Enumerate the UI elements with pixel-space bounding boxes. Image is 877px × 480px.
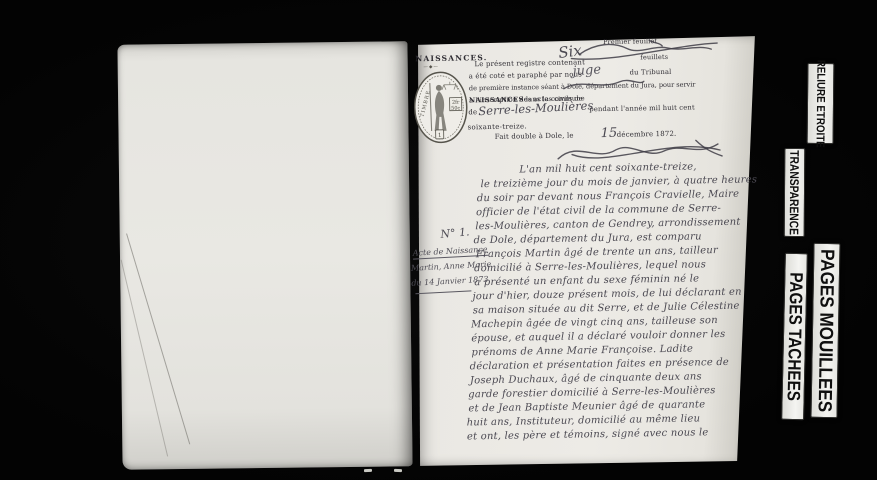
act-line: déclaration et présentation faites en pr… [470, 357, 729, 373]
page-content: NAISSANCES. —◆— 2fr 50c 1 TIMBRE [409, 29, 765, 469]
ornament-divider-icon: —◆— [423, 65, 439, 70]
condition-label-pages-tachees: PAGES TACHEES [781, 253, 808, 420]
timbre-stamp: 2fr 50c 1 TIMBRE [413, 70, 469, 144]
film-notch [394, 469, 402, 472]
condition-label-text: PAGES TACHEES [783, 272, 807, 401]
act-line: et ont, les père et témoins, signé avec … [467, 427, 709, 442]
scanned-register-photo: NAISSANCES. —◆— 2fr 50c 1 TIMBRE [0, 0, 877, 480]
margin-underline [415, 290, 471, 294]
act-line: jour d'hier, douze présent mois, de lui … [472, 287, 741, 303]
act-line: L'an mil huit cent soixante-treize, [519, 161, 697, 175]
act-line: de Dole, département du Jura, est compar… [473, 231, 701, 246]
header-feuillets-word: feuillets [640, 53, 668, 61]
act-line: le treizième jour du mois de janvier, à … [480, 174, 757, 190]
act-line: huit ans, Instituteur, domicilié au même… [467, 413, 701, 428]
act-line: domicilié à Serre-les-Moulières, lequel … [474, 259, 706, 274]
act-line: et de Jean Baptiste Meunier âgé de quara… [468, 399, 705, 414]
film-notch [364, 469, 372, 472]
header-annee-line: pendant l'année mil huit cent [589, 103, 695, 113]
condition-label-text: RELIURE ETROITE [814, 59, 827, 147]
overwriting-scrawl [560, 75, 645, 92]
act-line: sa maison située au dit Serre, et de Jul… [473, 301, 740, 317]
stamp-value-bottom: 50c [451, 106, 460, 112]
act-line: a présenté un enfant du sexe féminin né … [474, 273, 699, 288]
act-line: officier de l'état civil de la commune d… [476, 203, 721, 218]
left-blank-page [117, 41, 412, 470]
act-line: garde forestier domicilié à Serre-les-Mo… [468, 385, 715, 400]
act-line: François Martin âgé de trente un ans, ta… [476, 245, 718, 260]
condition-label-reliure-etroite: RELIURE ETROITE [807, 63, 835, 144]
act-line: Joseph Duchaux, âgé de cinquante deux an… [470, 371, 702, 386]
register-title-page: NAISSANCES. —◆— 2fr 50c 1 TIMBRE [410, 34, 758, 468]
act-line: du soir par devant nous François Craviel… [477, 189, 740, 205]
margin-act-number: N° 1. [440, 225, 470, 240]
condition-label-transparence: TRANSPARENCE [784, 148, 806, 237]
act-line: Machepin âgée de vingt cinq ans, tailleu… [471, 315, 718, 330]
act-line: prénoms de Anne Marie Françoise. Ladite [471, 343, 693, 358]
condition-label-text: PAGES MOUILLEES [813, 249, 838, 412]
stamp-base-number: 1 [438, 133, 442, 139]
act-line: épouse, et auquel il a déclaré vouloir d… [471, 329, 725, 344]
act-line: les-Moulières, canton de Gendrey, arrond… [475, 217, 740, 233]
condition-label-text: TRANSPARENCE [787, 150, 802, 235]
header-commune-de: de [468, 108, 477, 116]
header-soixante-treize: soixante-treize. [468, 122, 528, 131]
condition-label-pages-mouillees: PAGES MOUILLEES [810, 243, 840, 418]
page-crease [120, 260, 168, 457]
